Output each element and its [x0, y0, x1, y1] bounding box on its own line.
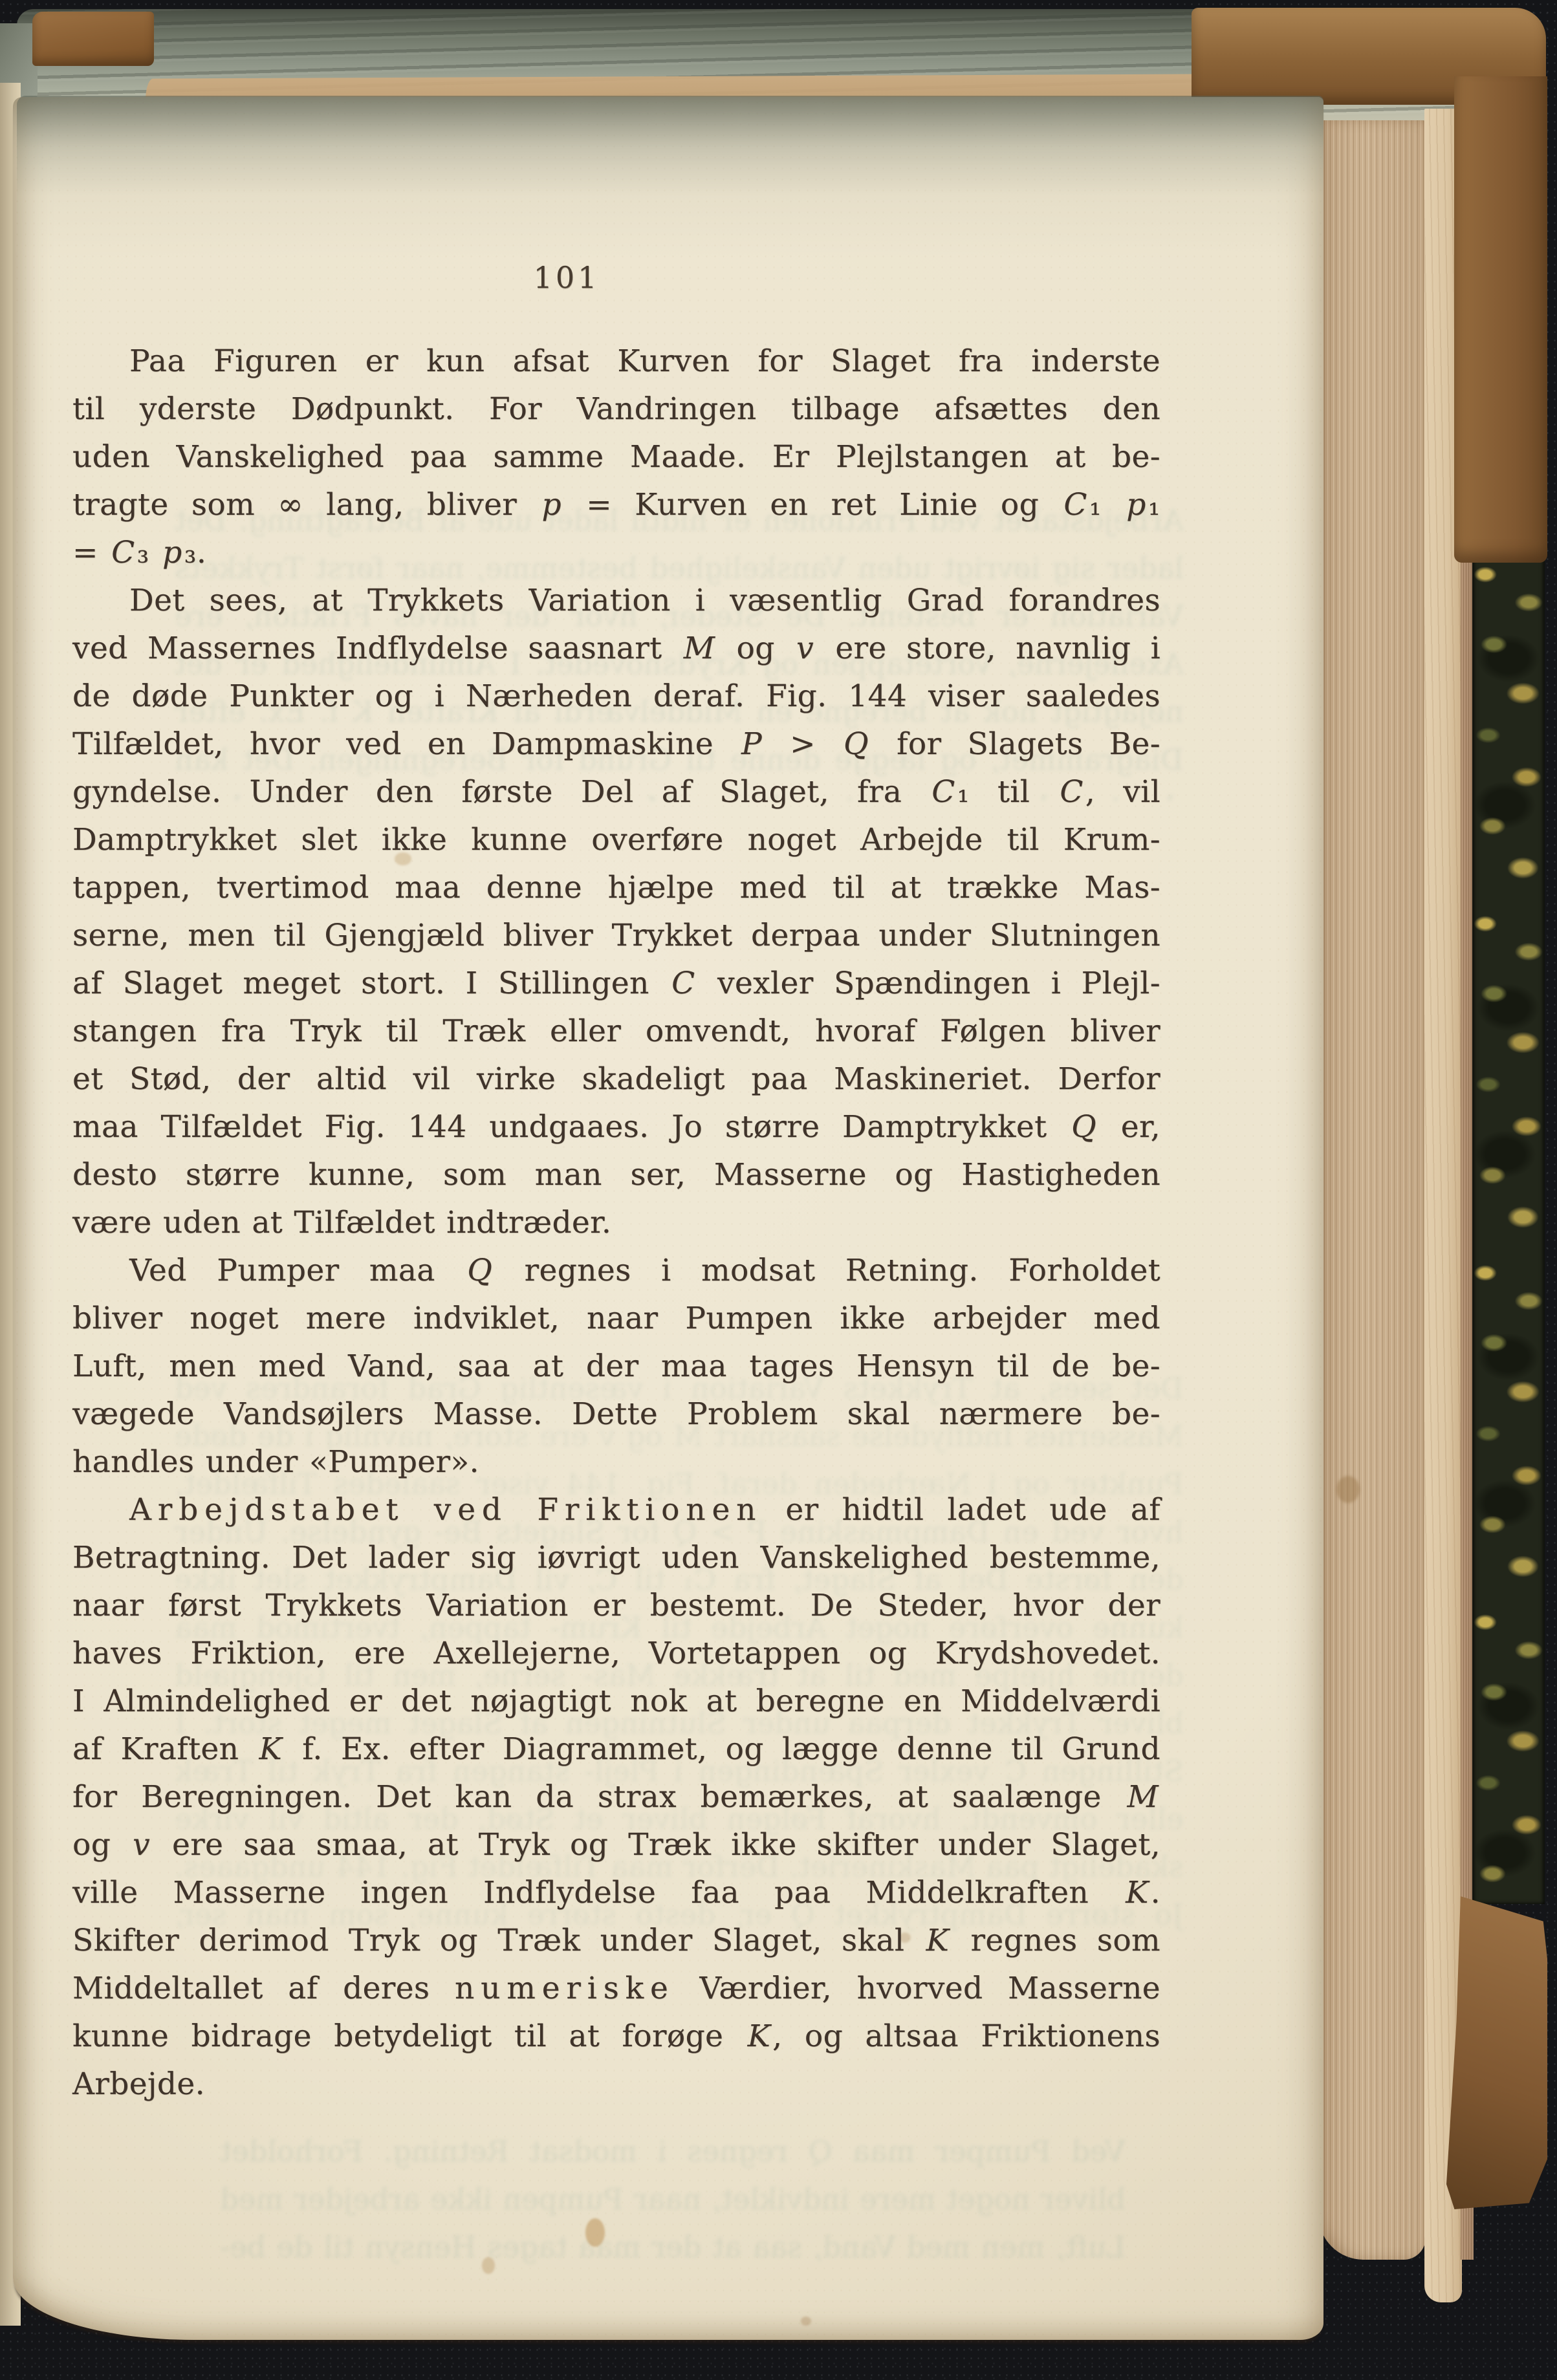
page-number: 101 [437, 260, 696, 295]
text-line: desto større kunne, som man ser, Massern… [72, 1151, 1160, 1199]
text-line: tappen, tvertimod maa denne hjælpe med t… [72, 864, 1160, 912]
text-line: ved Massernes Indflydelse saasnart M og … [72, 625, 1160, 673]
book-page: Arbejdstabet ved Friktionen er hidtil la… [13, 97, 1323, 2340]
foxing-stain [585, 2218, 605, 2247]
cover-corner-top-left [32, 12, 154, 66]
text-line: af Slaget meget stort. I Stillingen C ve… [72, 960, 1160, 1008]
text-line: de døde Punkter og i Nærheden deraf. Fig… [72, 673, 1160, 720]
paragraph: Ved Pumper maa Q regnes i modsat Retning… [72, 1247, 1160, 1486]
text-line: Skifter derimod Tryk og Træk under Slage… [72, 1917, 1160, 1965]
text-line: være uden at Tilfældet indtræder. [72, 1199, 1160, 1247]
text-line: Det sees, at Trykkets Variation i væsent… [72, 577, 1160, 625]
paragraph: Paa Figuren er kun afsat Kurven for Slag… [72, 338, 1160, 577]
text-line: gyndelse. Under den første Del af Slaget… [72, 768, 1160, 816]
text-line: Ved Pumper maa Q regnes i modsat Retning… [72, 1247, 1160, 1295]
cover-edge-right [1454, 76, 1547, 563]
foxing-stain [801, 2317, 811, 2326]
text-line: serne, men til Gjengjæld bliver Trykket … [72, 912, 1160, 960]
scanner-background: Arbejdstabet ved Friktionen er hidtil la… [0, 0, 1557, 2380]
text-line: stangen fra Tryk til Træk eller omvendt,… [72, 1008, 1160, 1055]
text-line: et Stød, der altid vil virke skadeligt p… [72, 1055, 1160, 1103]
text-line: Betragtning. Det lader sig iøvrigt uden … [72, 1534, 1160, 1582]
foxing-stain [482, 2257, 495, 2274]
text-line: vægede Vandsøjlers Masse. Dette Problem … [72, 1390, 1160, 1438]
text-line: maa Tilfældet Fig. 144 undgaaes. Jo stør… [72, 1103, 1160, 1151]
text-line: Middeltallet af deres numeriske Værdier,… [72, 1965, 1160, 2013]
text-line: handles under «Pumper». [72, 1438, 1160, 1486]
text-line: for Beregningen. Det kan da strax bemærk… [72, 1773, 1160, 1821]
text-line: tragte som ∞ lang, bliver p = Kurven en … [72, 481, 1160, 529]
text-line: = C₃ p₃. [72, 529, 1160, 577]
text-line: Arbejdstabet ved Friktionen er hidtil la… [72, 1486, 1160, 1534]
text-line: naar først Trykkets Variation er bestemt… [72, 1582, 1160, 1630]
page-text: Paa Figuren er kun afsat Kurven for Slag… [72, 338, 1160, 2108]
text-line: Paa Figuren er kun afsat Kurven for Slag… [72, 338, 1160, 385]
paragraph: Det sees, at Trykkets Variation i væsent… [72, 577, 1160, 1247]
text-line: af Kraften K f. Ex. efter Diagrammet, og… [72, 1725, 1160, 1773]
text-line: og v ere saa smaa, at Tryk og Træk ikke … [72, 1821, 1160, 1869]
text-line: bliver noget mere indviklet, naar Pumpen… [72, 1295, 1160, 1343]
stain-on-page-stack [1336, 1476, 1360, 1503]
text-line: kunne bidrage betydeligt til at forøge K… [72, 2013, 1160, 2061]
marbled-cover-paper [1472, 554, 1545, 1904]
text-line: haves Friktion, ere Axellejerne, Vorteta… [72, 1630, 1160, 1678]
text-line: Arbejde. [72, 2061, 1160, 2108]
cover-corner-bottom-right [1446, 1896, 1547, 2209]
text-line: til yderste Dødpunkt. For Vandringen til… [72, 385, 1160, 433]
text-line: Tilfældet, hvor ved en Dampmaskine P > Q… [72, 720, 1160, 768]
text-line: Luft, men med Vand, saa at der maa tages… [72, 1343, 1160, 1390]
text-line: uden Vanskelighed paa samme Maade. Er Pl… [72, 433, 1160, 481]
text-line: I Almindelighed er det nøjagtigt nok at … [72, 1678, 1160, 1725]
text-line: Damptrykket slet ikke kunne overføre nog… [72, 816, 1160, 864]
page-stack-edge-inner [1318, 120, 1426, 2260]
paragraph: Arbejdstabet ved Friktionen er hidtil la… [72, 1486, 1160, 2108]
text-line: ville Masserne ingen Indflydelse faa paa… [72, 1869, 1160, 1917]
showthrough-text-ghost: Ved Pumper maa Q regnes i modsat Retning… [220, 2128, 1126, 2277]
